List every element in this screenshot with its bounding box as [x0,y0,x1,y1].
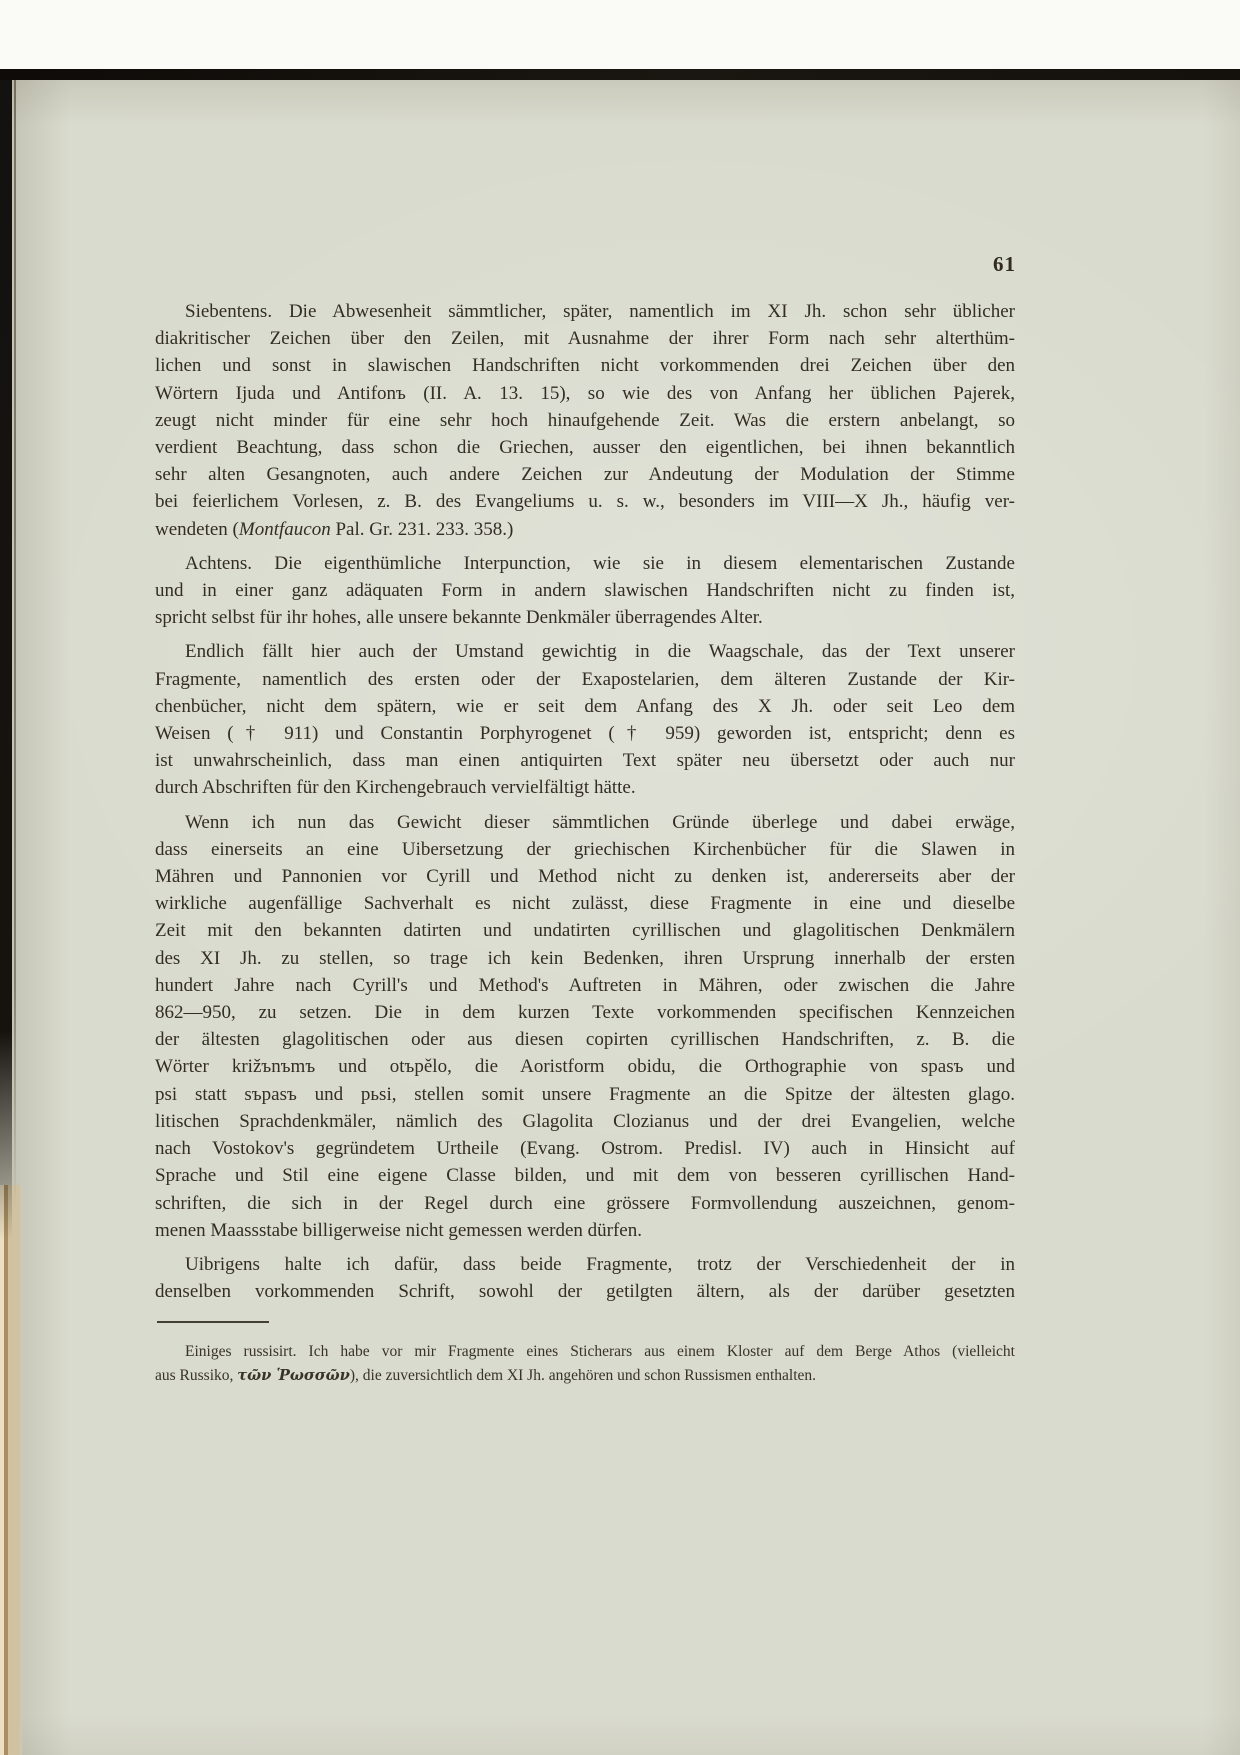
text-line: wendeten (Montfaucon Pal. Gr. 231. 233. … [155,516,1015,543]
text-line: Achtens. Die eigenthümliche Interpunctio… [155,550,1015,577]
paragraph: Wenn ich nun das Gewicht dieser sämmtlic… [155,809,1015,1244]
body-text: Siebentens. Die Abwesenheit sämmtlicher,… [155,298,1015,1305]
text-line: Fragmente, namentlich des ersten oder de… [155,666,1015,693]
gutter-crease-line [14,80,16,1210]
text-line: zeugt nicht minder für eine sehr hoch hi… [155,407,1015,434]
paragraph: Achtens. Die eigenthümliche Interpunctio… [155,550,1015,632]
text-line: ist unwahrscheinlich, dass man einen ant… [155,747,1015,774]
text-line: psi statt sъpasъ und pьsi, stellen somit… [155,1081,1015,1108]
text-line: Einiges russisirt. Ich habe vor mir Frag… [155,1340,1015,1364]
page-leaf-edges [0,1185,22,1755]
text-line: Mähren und Pannonien vor Cyrill und Meth… [155,863,1015,890]
gutter-shadow [0,80,12,1240]
text-line: menen Maassstabe billigerweise nicht gem… [155,1217,1015,1244]
text-segment: ), die zuversichtlich dem XI Jh. angehör… [350,1367,816,1384]
text-line: bei feierlichem Vorlesen, z. B. des Evan… [155,488,1015,515]
text-line: litischen Sprachdenkmäler, nämlich des G… [155,1108,1015,1135]
text-line: durch Abschriften für den Kirchengebrauc… [155,774,1015,801]
text-line: hundert Jahre nach Cyrill's und Method's… [155,972,1015,999]
text-line: Wörtern Ijuda und Antifonъ (II. A. 13. 1… [155,380,1015,407]
text-line: spricht selbst für ihr hohes, alle unser… [155,604,1015,631]
text-line: Wenn ich nun das Gewicht dieser sämmtlic… [155,809,1015,836]
text-line: verdient Beachtung, dass schon die Griec… [155,434,1015,461]
text-line: aus Russiko, τῶν Ῥωσσῶν), die zuversicht… [155,1364,1015,1388]
scanner-background [0,0,1240,69]
text-line: Zeit mit den bekannten datirten und unda… [155,917,1015,944]
text-line: diakritischer Zeichen über den Zeilen, m… [155,325,1015,352]
text-line: 862—950, zu setzen. Die in dem kurzen Te… [155,999,1015,1026]
text-line: Siebentens. Die Abwesenheit sämmtlicher,… [155,298,1015,325]
text-line: des XI Jh. zu stellen, so trage ich kein… [155,945,1015,972]
text-line: nach Vostokov's gegründetem Urtheile (Ev… [155,1135,1015,1162]
emphasized-text: τῶν Ῥωσσῶν [237,1367,350,1384]
text-line: dass einerseits an eine Uibersetzung der… [155,836,1015,863]
text-line: wirkliche augenfällige Sachverhalt es ni… [155,890,1015,917]
text-line: Sprache und Stil eine eigene Classe bild… [155,1162,1015,1189]
paragraph: Siebentens. Die Abwesenheit sämmtlicher,… [155,298,1015,543]
text-line: der ältesten glagolitischen oder aus die… [155,1026,1015,1053]
text-line: Endlich fällt hier auch der Umstand gewi… [155,638,1015,665]
text-line: denselben vorkommenden Schrift, sowohl d… [155,1278,1015,1305]
page-number: 61 [993,252,1016,277]
text-segment: aus Russiko, [155,1367,237,1384]
text-line: lichen und sonst in slawischen Handschri… [155,352,1015,379]
text-line: Weisen († 911) und Constantin Porphyroge… [155,720,1015,747]
text-line: Uibrigens halte ich dafür, dass beide Fr… [155,1251,1015,1278]
text-line: chenbücher, nicht dem spätern, wie er se… [155,693,1015,720]
text-line: schriften, die sich in der Regel durch e… [155,1190,1015,1217]
footnote: Einiges russisirt. Ich habe vor mir Frag… [155,1340,1015,1388]
paragraph: Endlich fällt hier auch der Umstand gewi… [155,638,1015,801]
text-line: sehr alten Gesangnoten, auch andere Zeic… [155,461,1015,488]
text-line: und in einer ganz adäquaten Form in ande… [155,577,1015,604]
text-segment: Pal. Gr. 231. 233. 358.) [331,519,514,540]
emphasized-text: Montfaucon [239,519,331,540]
footnote-separator [157,1321,269,1323]
scanned-book-page: { "page": { "number": "61", "paper_color… [0,0,1240,1755]
text-segment: wendeten ( [155,519,239,540]
text-line: Wörter križъnъmъ und otъpělo, die Aorist… [155,1053,1015,1080]
paragraph: Uibrigens halte ich dafür, dass beide Fr… [155,1251,1015,1305]
footnote-paragraph: Einiges russisirt. Ich habe vor mir Frag… [155,1340,1015,1388]
